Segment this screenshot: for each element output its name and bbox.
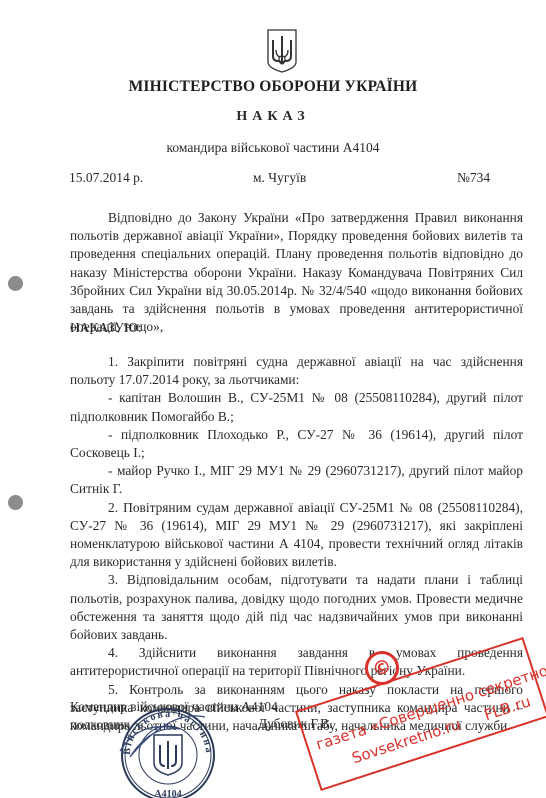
punch-hole <box>8 276 23 291</box>
order-item: - капітан Волошин В., СУ-25М1 № 08 (2550… <box>70 389 523 425</box>
order-item: - підполковник Плоходько Р., СУ-27 № 36 … <box>70 426 523 462</box>
order-item: 1. Закріпити повітряні судна державної а… <box>70 353 523 389</box>
order-item: 3. Відповідальним особам, підготувати та… <box>70 571 523 644</box>
ministry-heading: МІНІСТЕРСТВО ОБОРОНИ УКРАЇНИ <box>0 78 546 96</box>
order-item: 2. Повітряним судам державної авіації СУ… <box>70 499 523 572</box>
preamble-text: Відповідно до Закону України «Про затвер… <box>70 209 523 336</box>
punch-hole <box>8 495 23 510</box>
official-seal-icon: Військова частина А4104 <box>110 699 226 798</box>
order-date: 15.07.2014 р. <box>69 170 143 186</box>
order-number: №734 <box>457 170 490 186</box>
preamble: Відповідно до Закону України «Про затвер… <box>70 209 523 336</box>
order-subtitle: командира військової частини А4104 <box>0 140 546 156</box>
order-item: - майор Ручко І., МІГ 29 МУ1 № 29 (29607… <box>70 462 523 498</box>
svg-text:А4104: А4104 <box>154 789 181 798</box>
order-city: м. Чугуїв <box>253 170 306 186</box>
document-page: МІНІСТЕРСТВО ОБОРОНИ УКРАЇНИ НАКАЗ коман… <box>0 0 546 798</box>
order-title: НАКАЗ <box>0 109 546 125</box>
orders-word: НАКАЗУЮ: <box>70 320 142 336</box>
coat-of-arms-icon <box>266 28 298 74</box>
